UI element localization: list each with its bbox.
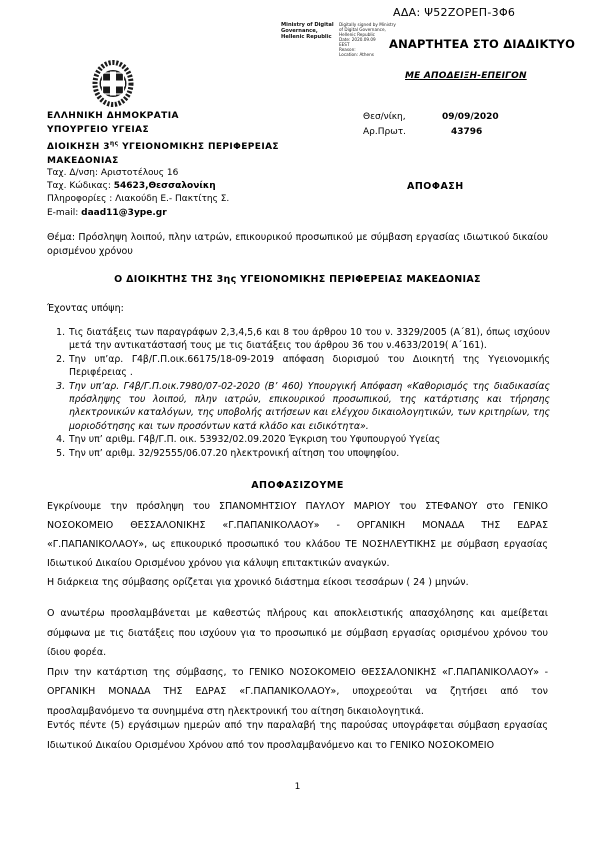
contact-block: Ταχ. Δ/νση: Αριστοτέλους 16 Ταχ. Κώδικας… [47, 167, 229, 220]
stamp-ministry-label: Ministry of Digital Governance, Hellenic… [281, 22, 335, 57]
org-line-region: ΜΑΚΕΔΟΝΙΑΣ [47, 155, 279, 169]
decision-label: ΑΠΟΦΑΣΗ [407, 181, 464, 192]
date-protocol-block: Θεσ/νίκη, 09/09/2020 Αρ.Πρωτ. 43796 [363, 110, 499, 140]
protocol-number: 43796 [442, 125, 482, 140]
ada-code: ΑΔΑ: Ψ52ΖΟΡΕΠ-3Φ6 [393, 6, 515, 19]
document-page: ΑΔΑ: Ψ52ΖΟΡΕΠ-3Φ6 Ministry of Digital Go… [0, 0, 595, 842]
page-number: 1 [0, 782, 595, 792]
org-line-ministry: ΥΠΟΥΡΓΕΙΟ ΥΓΕΙΑΣ [47, 124, 279, 138]
org-line-republic: ΕΛΛΗΝΙΚΗ ΔΗΜΟΚΡΑΤΙΑ [47, 110, 279, 124]
city-label: Θεσ/νίκη, [363, 110, 442, 125]
consideration-item: Την υπ’αρ. Γ4β/Γ.Π.οικ.66175/18-09-2019 … [68, 353, 550, 380]
subject-paragraph: Θέμα: Πρόσληψη λοιπού, πλην ιατρών, επικ… [47, 231, 548, 258]
org-line-administration: ΔΙΟΙΚΗΣΗ 3ης ΥΓΕΙΟΝΟΜΙΚΗΣ ΠΕΡΙΦΕΡΕΙΑΣ [47, 137, 279, 155]
decision-body-3: Εντός πέντε (5) εργάσιμων ημερών από την… [47, 716, 548, 756]
organization-header: ΕΛΛΗΝΙΚΗ ΔΗΜΟΚΡΑΤΙΑ ΥΠΟΥΡΓΕΙΟ ΥΓΕΙΑΣ ΔΙΟ… [47, 110, 279, 168]
consideration-item: Τις διατάξεις των παραγράφων 2,3,4,5,6 κ… [68, 326, 550, 353]
email-address: daad11@3ype.gr [81, 208, 167, 218]
decision-body-2: Ο ανωτέρω προσλαμβάνεται με καθεστώς πλή… [47, 604, 548, 721]
delivery-urgency-note: ΜΕ ΑΠΟΔΕΙΞΗ-ΕΠΕΙΓΟΝ [405, 71, 527, 81]
protocol-row: Αρ.Πρωτ. 43796 [363, 125, 499, 140]
consideration-item: Την υπ’ αριθμ. Γ4β/Γ.Π. οικ. 53932/02.09… [68, 433, 550, 446]
date-row: Θεσ/νίκη, 09/09/2020 [363, 110, 499, 125]
hellenic-republic-emblem-icon [88, 59, 138, 108]
director-heading: Ο ΔΙΟΙΚΗΤΗΣ ΤΗΣ 3ης ΥΓΕΙΟΝΟΜΙΚΗΣ ΠΕΡΙΦΕΡ… [47, 274, 548, 285]
consideration-item: Την υπ’αρ. Γ4β/Γ.Π.οικ.7980/07-02-2020 (… [68, 380, 550, 434]
decision-body-1: Εγκρίνουμε την πρόσληψη του ΣΠΑΝΟΜΗΤΣΙΟΥ… [47, 497, 548, 592]
information-contacts: Πληροφορίες : Λιακούδη Ε.- Πακτίτης Σ. [47, 193, 229, 206]
protocol-label: Αρ.Πρωτ. [363, 125, 442, 140]
documents-request-paragraph: Πριν την κατάρτιση της σύμβασης, το ΓΕΝΙ… [47, 663, 548, 722]
considerations-intro: Έχοντας υπόψη: [47, 303, 124, 314]
approval-paragraph: Εγκρίνουμε την πρόσληψη του ΣΠΑΝΟΜΗΤΣΙΟΥ… [47, 497, 548, 573]
email-line: E-mail: daad11@3ype.gr [47, 207, 229, 220]
considerations-list: Τις διατάξεις των παραγράφων 2,3,4,5,6 κ… [47, 326, 550, 460]
internet-posting-note: ΑΝΑΡΤΗΤΕΑ ΣΤΟ ΔΙΑΔΙΚΤΥΟ [389, 37, 575, 51]
postal-address: Ταχ. Δ/νση: Αριστοτέλους 16 [47, 167, 229, 180]
duration-paragraph: Η διάρκεια της σύμβασης ορίζεται για χρο… [47, 573, 548, 592]
contract-signing-paragraph: Εντός πέντε (5) εργάσιμων ημερών από την… [47, 716, 548, 756]
decision-heading: ΑΠΟΦΑΣΙΖΟΥΜΕ [47, 480, 548, 491]
consideration-item: Την υπ’ αριθμ. 32/92555/06.07.20 ηλεκτρο… [68, 447, 550, 460]
employment-terms-paragraph: Ο ανωτέρω προσλαμβάνεται με καθεστώς πλή… [47, 604, 548, 663]
postal-code: Ταχ. Κώδικας: 54623,Θεσσαλονίκη [47, 180, 229, 193]
document-date: 09/09/2020 [442, 110, 499, 125]
